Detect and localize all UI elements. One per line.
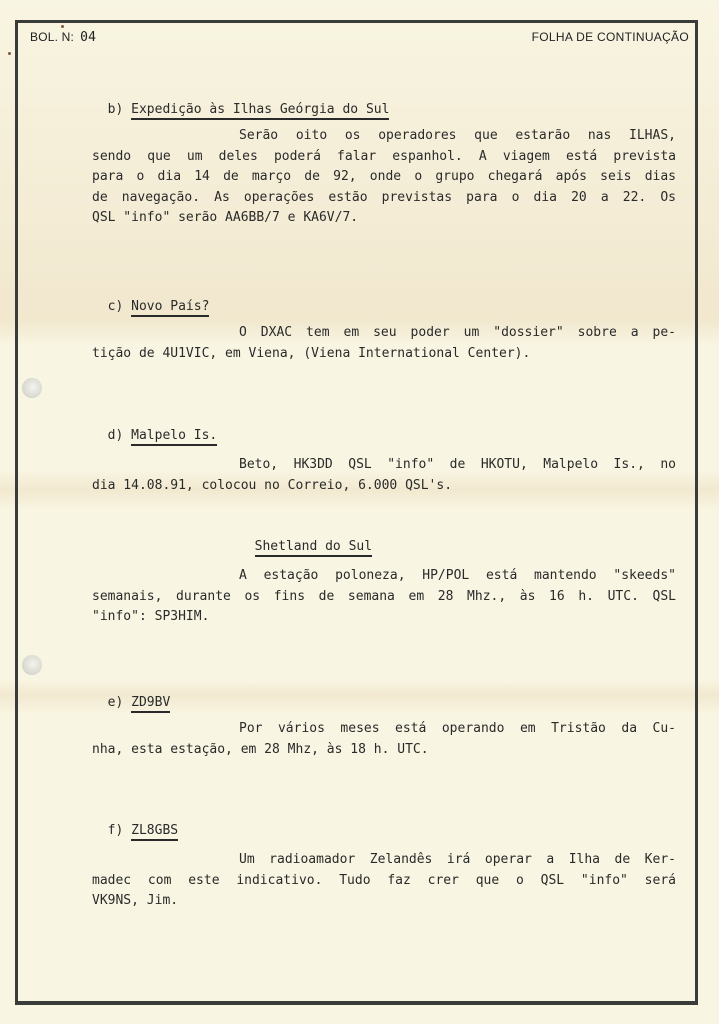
- section-heading-f: f) ZL8GBS: [92, 808, 178, 838]
- text-line: Por vários meses está operando em Tristã…: [92, 719, 676, 740]
- text-line: Serão oito os operadores que estarão nas…: [92, 126, 676, 147]
- section-letter: e): [108, 695, 124, 710]
- section-heading-c: c) Novo País?: [92, 284, 209, 314]
- text-line: A estação poloneza, HP/POL está mantendo…: [92, 566, 676, 587]
- section-title: Novo País?: [131, 299, 209, 317]
- subsection-body-shetland: A estação poloneza, HP/POL está mantendo…: [92, 566, 676, 628]
- section-heading-e: e) ZD9BV: [92, 680, 170, 710]
- text-line: nha, esta estação, em 28 Mhz, às 18 h. U…: [92, 740, 676, 761]
- section-title: ZL8GBS: [131, 823, 178, 841]
- text-line: O DXAC tem em seu poder um "dossier" sob…: [92, 323, 676, 344]
- text-line: tição de 4U1VIC, em Viena, (Viena Intern…: [92, 344, 676, 365]
- section-body-d: Beto, HK3DD QSL "info" de HKOTU, Malpelo…: [92, 455, 676, 496]
- section-title: ZD9BV: [131, 695, 170, 713]
- subsection-heading-shetland: Shetland do Sul: [239, 524, 372, 554]
- section-title: Expedição às Ilhas Geórgia do Sul: [131, 102, 389, 120]
- bulletin-label: BOL. N:: [30, 30, 74, 44]
- punch-hole-icon: [22, 378, 42, 398]
- text-line: Um radioamador Zelandês irá operar a Ilh…: [92, 850, 676, 871]
- section-letter: d): [108, 428, 124, 443]
- text-line: Beto, HK3DD QSL "info" de HKOTU, Malpelo…: [92, 455, 676, 476]
- text-line: "info": SP3HIM.: [92, 607, 676, 628]
- section-body-b: Serão oito os operadores que estarão nas…: [92, 126, 676, 229]
- section-heading-b: b) Expedição às Ilhas Geórgia do Sul: [92, 87, 389, 117]
- section-heading-d: d) Malpelo Is.: [92, 413, 217, 443]
- sheet-label: FOLHA DE CONTINUAÇÃO: [532, 30, 689, 44]
- text-line: VK9NS, Jim.: [92, 891, 676, 912]
- text-line: sendo que um deles poderá falar espanhol…: [92, 147, 676, 168]
- text-line: QSL "info" serão AA6BB/7 e KA6V/7.: [92, 208, 676, 229]
- section-body-c: O DXAC tem em seu poder um "dossier" sob…: [92, 323, 676, 364]
- paper-speck: [61, 25, 64, 28]
- text-line: madec com este indicativo. Tudo faz crer…: [92, 871, 676, 892]
- text-line: semanais, durante os fins de semana em 2…: [92, 587, 676, 608]
- section-body-f: Um radioamador Zelandês irá operar a Ilh…: [92, 850, 676, 912]
- subsection-title: Shetland do Sul: [255, 539, 372, 557]
- bulletin-number-label: BOL. N:04: [30, 30, 96, 45]
- section-title: Malpelo Is.: [131, 428, 217, 446]
- paper-speck: [8, 52, 11, 55]
- section-letter: b): [108, 102, 124, 117]
- text-line: dia 14.08.91, colocou no Correio, 6.000 …: [92, 476, 676, 497]
- section-body-e: Por vários meses está operando em Tristã…: [92, 719, 676, 760]
- section-letter: f): [108, 823, 124, 838]
- punch-hole-icon: [22, 655, 42, 675]
- section-letter: c): [108, 299, 124, 314]
- text-line: para o dia 14 de março de 92, onde o gru…: [92, 167, 676, 188]
- text-line: de navegação. As operações estão previst…: [92, 188, 676, 209]
- bulletin-number: 04: [80, 30, 96, 45]
